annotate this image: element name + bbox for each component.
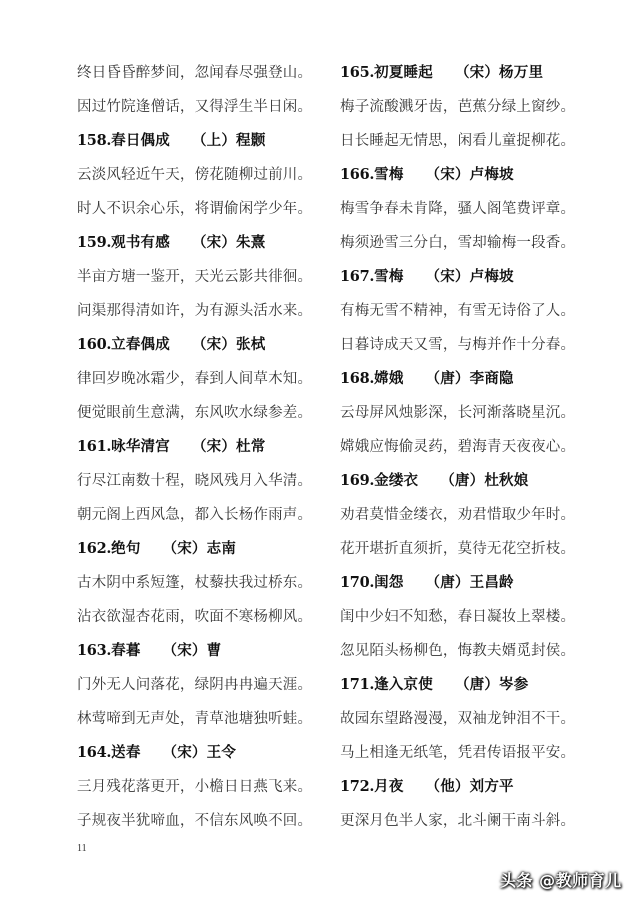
poem-heading: 170.闺怨（唐）王昌龄 [340,572,610,606]
poem-verse-line: 梅雪争春未肯降，骚人阁笔费评章。 [340,198,610,232]
poem-heading: 161.咏华清宫（宋）杜常 [77,436,327,470]
poem-number: 163. [77,642,111,659]
poem-dynasty: （宋） [192,234,236,251]
poem-dynasty: （唐） [455,676,499,693]
poem-verse-line: 梅须逊雪三分白，雪却输梅一段香。 [340,232,610,266]
poem-author: 志南 [207,540,236,557]
poem-author: 杜常 [236,438,265,455]
poem-heading: 168.嫦娥（唐）李商隐 [340,368,610,402]
poem-dynasty: （上） [192,132,236,149]
poem-heading: 160.立春偶成（宋）张栻 [77,334,327,368]
poem-verse-line: 闺中少妇不知愁，春日凝妆上翠楼。 [340,606,610,640]
poem-verse-line: 嫦娥应悔偷灵药，碧海青天夜夜心。 [340,436,610,470]
poem-number: 160. [77,336,111,353]
poem-author: 曹 [207,642,222,659]
left-column: 终日昏昏醉梦间，忽闻春尽强登山。因过竹院逢僧话，又得浮生半日闲。158.春日偶成… [77,62,327,844]
poem-dynasty: （宋） [163,642,207,659]
right-column: 165.初夏睡起（宋）杨万里梅子流酸溅牙齿，芭蕉分绿上窗纱。日长睡起无情思，闲看… [340,62,610,844]
poem-title: 月夜 [374,778,403,795]
poem-title: 嫦娥 [374,370,403,387]
poem-number: 165. [340,64,374,81]
poem-number: 161. [77,438,111,455]
poem-title: 春日偶成 [111,132,170,149]
poem-verse-line: 马上相逢无纸笔，凭君传语报平安。 [340,742,610,776]
poem-author: 卢梅坡 [470,268,514,285]
poem-verse-line: 忽见陌头杨柳色，悔教夫婿觅封侯。 [340,640,610,674]
poem-verse-line: 朝元阁上西风急，都入长杨作雨声。 [77,504,327,538]
poem-dynasty: （宋） [163,540,207,557]
poem-author: 杨万里 [499,64,543,81]
poem-heading: 164.送春（宋）王令 [77,742,327,776]
poem-dynasty: （唐） [426,574,470,591]
poem-author: 岑参 [499,676,528,693]
poem-verse-line: 因过竹院逢僧话，又得浮生半日闲。 [77,96,327,130]
poem-number: 168. [340,370,374,387]
watermark: 头条 @教师育儿 [500,868,622,891]
poem-number: 158. [77,132,111,149]
poem-verse-line: 云母屏风烛影深，长河渐落晓星沉。 [340,402,610,436]
poem-title: 立春偶成 [111,336,170,353]
poem-verse-line: 云淡风轻近午天，傍花随柳过前川。 [77,164,327,198]
poem-heading: 165.初夏睡起（宋）杨万里 [340,62,610,96]
poem-author: 李商隐 [470,370,514,387]
poem-heading: 162.绝句（宋）志南 [77,538,327,572]
poem-author: 王令 [207,744,236,761]
poem-number: 164. [77,744,111,761]
poem-number: 172. [340,778,374,795]
poem-number: 171. [340,676,374,693]
poem-dynasty: （宋） [192,336,236,353]
poem-dynasty: （他） [426,778,470,795]
poem-verse-line: 行尽江南数十程，晓风残月入华清。 [77,470,327,504]
poem-title: 逢入京使 [374,676,433,693]
poem-verse-line: 日暮诗成天又雪，与梅并作十分春。 [340,334,610,368]
poem-dynasty: （唐） [426,370,470,387]
poem-verse-line: 半亩方塘一鉴开，天光云影共徘徊。 [77,266,327,300]
poem-title: 金缕衣 [374,472,418,489]
poem-heading: 171.逢入京使（唐）岑参 [340,674,610,708]
poem-verse-line: 花开堪折直须折，莫待无花空折枝。 [340,538,610,572]
poem-title: 观书有感 [111,234,170,251]
poem-heading: 169.金缕衣（唐）杜秋娘 [340,470,610,504]
poem-heading: 172.月夜（他）刘方平 [340,776,610,810]
poem-number: 169. [340,472,374,489]
poem-author: 程颢 [236,132,265,149]
poem-heading: 167.雪梅（宋）卢梅坡 [340,266,610,300]
poem-verse-line: 终日昏昏醉梦间，忽闻春尽强登山。 [77,62,327,96]
poem-dynasty: （宋） [192,438,236,455]
poem-title: 绝句 [111,540,140,557]
poem-title: 送春 [111,744,140,761]
poem-verse-line: 古木阴中系短篷，杖藜扶我过桥东。 [77,572,327,606]
poem-heading: 159.观书有感（宋）朱熹 [77,232,327,266]
poem-verse-line: 沾衣欲湿杏花雨，吹面不寒杨柳风。 [77,606,327,640]
poem-verse-line: 问渠那得清如许，为有源头活水来。 [77,300,327,334]
poem-dynasty: （宋） [426,166,470,183]
poem-author: 张栻 [236,336,265,353]
poem-verse-line: 梅子流酸溅牙齿，芭蕉分绿上窗纱。 [340,96,610,130]
poem-title: 初夏睡起 [374,64,433,81]
poem-author: 王昌龄 [470,574,514,591]
poem-number: 162. [77,540,111,557]
poem-author: 杜秋娘 [484,472,528,489]
poem-verse-line: 故园东望路漫漫，双袖龙钟泪不干。 [340,708,610,742]
poem-dynasty: （宋） [455,64,499,81]
poem-dynasty: （宋） [163,744,207,761]
poem-title: 咏华清宫 [111,438,170,455]
poem-heading: 166.雪梅（宋）卢梅坡 [340,164,610,198]
poem-verse-line: 便觉眼前生意满，东风吹水绿参差。 [77,402,327,436]
poem-author: 朱熹 [236,234,265,251]
poem-number: 159. [77,234,111,251]
poem-author: 卢梅坡 [470,166,514,183]
poem-heading: 163.春暮（宋）曹 [77,640,327,674]
poem-number: 166. [340,166,374,183]
poem-verse-line: 时人不识余心乐，将谓偷闲学少年。 [77,198,327,232]
poem-title: 雪梅 [374,268,403,285]
poem-verse-line: 门外无人问落花，绿阴冉冉遍天涯。 [77,674,327,708]
poem-heading: 158.春日偶成（上）程颢 [77,130,327,164]
poem-verse-line: 林莺啼到无声处，青草池塘独听蛙。 [77,708,327,742]
poem-verse-line: 劝君莫惜金缕衣，劝君惜取少年时。 [340,504,610,538]
page-number: 11 [77,843,87,854]
poem-title: 春暮 [111,642,140,659]
poem-dynasty: （宋） [426,268,470,285]
poem-verse-line: 律回岁晚冰霜少，春到人间草木知。 [77,368,327,402]
poem-verse-line: 子规夜半犹啼血，不信东风唤不回。 [77,810,327,844]
poem-verse-line: 日长睡起无情思，闲看儿童捉柳花。 [340,130,610,164]
poem-verse-line: 有梅无雪不精神，有雪无诗俗了人。 [340,300,610,334]
poem-number: 170. [340,574,374,591]
poem-number: 167. [340,268,374,285]
poem-title: 雪梅 [374,166,403,183]
poem-title: 闺怨 [374,574,403,591]
poem-verse-line: 更深月色半人家，北斗阑干南斗斜。 [340,810,610,844]
poem-dynasty: （唐） [440,472,484,489]
poem-author: 刘方平 [470,778,514,795]
poem-verse-line: 三月残花落更开，小檐日日燕飞来。 [77,776,327,810]
